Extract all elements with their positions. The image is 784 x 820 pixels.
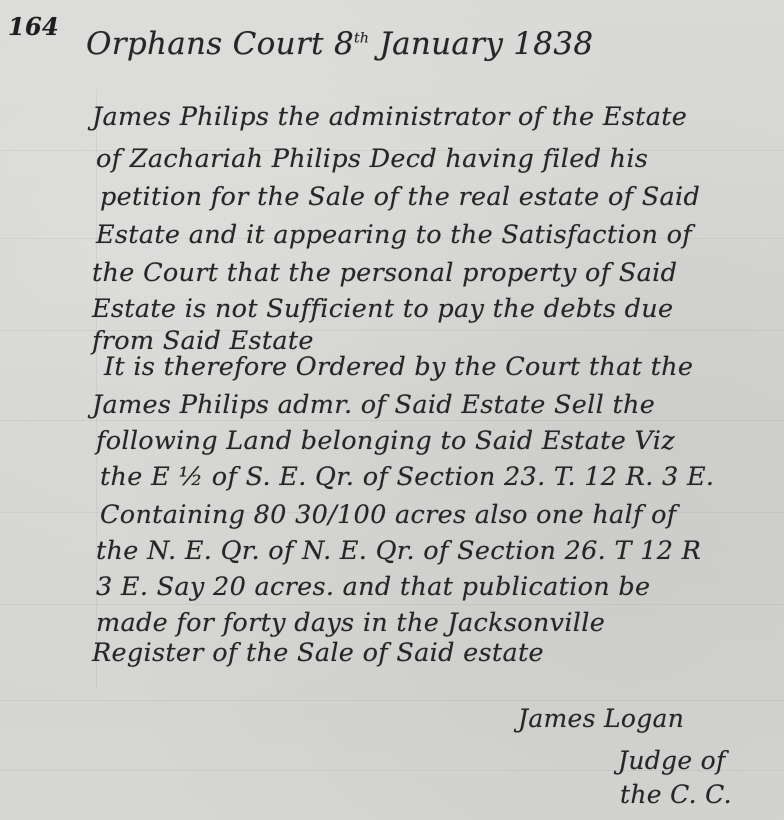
body-line: It is therefore Ordered by the Court tha… <box>104 352 693 382</box>
body-line: Register of the Sale of Said estate <box>92 638 544 668</box>
body-line: Estate is not Sufficient to pay the debt… <box>92 294 673 324</box>
bleed-line <box>0 700 784 701</box>
body-line: Estate and it appearing to the Satisfact… <box>96 220 692 250</box>
body-line: 3 E. Say 20 acres. and that publication … <box>96 572 650 602</box>
page-number: 164 <box>8 12 59 41</box>
body-line: the E ½ of S. E. Qr. of Section 23. T. 1… <box>100 462 714 492</box>
signature-court: the C. C. <box>620 780 732 809</box>
heading-month-year: January 1838 <box>379 26 593 62</box>
body-line: the N. E. Qr. of N. E. Qr. of Section 26… <box>96 536 701 566</box>
signature-name: James Logan <box>518 704 684 733</box>
record-heading: Orphans Court 8th January 1838 <box>86 26 593 62</box>
body-line: the Court that the personal property of … <box>92 258 677 288</box>
document-page: 164 Orphans Court 8th January 1838 James… <box>0 0 784 820</box>
body-line: made for forty days in the Jacksonville <box>96 608 605 638</box>
body-line: of Zachariah Philips Decd having filed h… <box>96 144 648 174</box>
body-line: James Philips admr. of Said Estate Sell … <box>92 390 655 420</box>
heading-day-suffix: th <box>354 31 369 47</box>
body-line: petition for the Sale of the real estate… <box>100 182 700 212</box>
signature-title: Judge of <box>618 746 726 775</box>
court-name: Orphans Court <box>86 26 324 62</box>
bleed-line <box>0 604 784 605</box>
body-line: James Philips the administrator of the E… <box>92 102 687 132</box>
heading-day: 8 <box>334 26 354 62</box>
bleed-line <box>0 420 784 421</box>
body-line: following Land belonging to Said Estate … <box>96 426 675 456</box>
body-line: Containing 80 30/100 acres also one half… <box>100 500 677 530</box>
